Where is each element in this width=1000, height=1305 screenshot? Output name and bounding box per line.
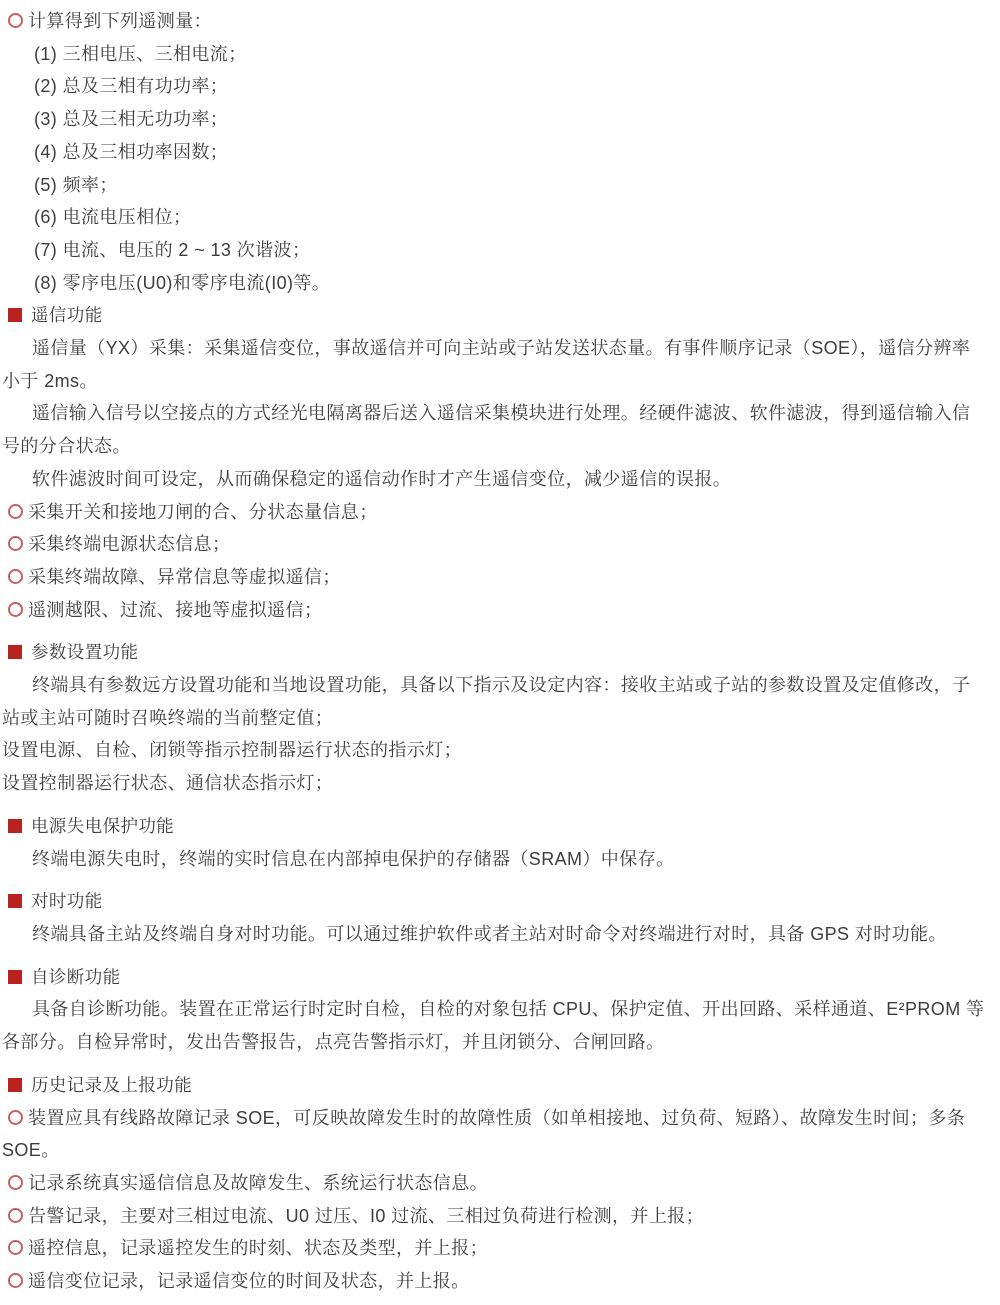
block-text: 终端具有参数远方设置功能和当地设置功能，具备以下指示及设定内容：接收主站或子站的…: [2, 675, 970, 728]
block-text: (1) 三相电压、三相电流；: [34, 44, 247, 64]
section-heading: 历史记录及上报功能: [2, 1069, 988, 1102]
block-text: (8) 零序电压(U0)和零序电流(I0)等。: [34, 273, 330, 293]
numbered-list-item: (5) 频率；: [2, 169, 988, 202]
circle-bullet-item: 告警记录，主要对三相过电流、U0 过压、I0 过流、三相过负荷进行检测，并上报；: [2, 1200, 988, 1233]
section-heading: 参数设置功能: [2, 636, 988, 669]
circle-bullet-icon: [8, 13, 23, 28]
block-text: 参数设置功能: [31, 642, 138, 662]
block-text: 遥信输入信号以空接点的方式经光电隔离器后送入遥信采集模块进行处理。经硬件滤波、软…: [2, 403, 970, 456]
block-text: 记录系统真实遥信信息及故障发生、系统运行状态信息。: [28, 1173, 488, 1193]
block-text: (4) 总及三相功率因数；: [34, 142, 228, 162]
block-text: 装置应具有线路故障记录 SOE，可反映故障发生时的故障性质（如单相接地、过负荷、…: [2, 1108, 965, 1161]
circle-bullet-icon: [8, 504, 23, 519]
block-text: 历史记录及上报功能: [31, 1075, 192, 1095]
circle-bullet-icon: [8, 1240, 23, 1255]
circle-bullet-item: 采集终端故障、异常信息等虚拟遥信；: [2, 561, 988, 594]
circle-bullet-item: 采集终端电源状态信息；: [2, 528, 988, 561]
body-paragraph: 软件滤波时间可设定，从而确保稳定的遥信动作时才产生遥信变位，减少遥信的误报。: [2, 463, 988, 496]
block-text: 终端电源失电时，终端的实时信息在内部掉电保护的存储器（SRAM）中保存。: [32, 849, 674, 869]
block-text: 遥信功能: [31, 305, 103, 325]
numbered-list-item: (7) 电流、电压的 2 ~ 13 次谐波；: [2, 234, 988, 267]
block-text: 遥信量（YX）采集：采集遥信变位，事故遥信并可向主站或子站发送状态量。有事件顺序…: [2, 338, 970, 391]
block-text: (2) 总及三相有功功率；: [34, 76, 228, 96]
circle-bullet-item: 采集开关和接地刀闸的合、分状态量信息；: [2, 496, 988, 529]
body-line: 设置控制器运行状态、通信状态指示灯；: [2, 767, 988, 800]
numbered-list-item: (4) 总及三相功率因数；: [2, 136, 988, 169]
section-heading: 自诊断功能: [2, 961, 988, 994]
block-text: (7) 电流、电压的 2 ~ 13 次谐波；: [34, 240, 310, 260]
block-text: (5) 频率；: [34, 175, 118, 195]
block-text: 自诊断功能: [31, 967, 121, 987]
block-text: 软件滤波时间可设定，从而确保稳定的遥信动作时才产生遥信变位，减少遥信的误报。: [32, 469, 731, 489]
body-paragraph: 遥信输入信号以空接点的方式经光电隔离器后送入遥信采集模块进行处理。经硬件滤波、软…: [2, 397, 988, 462]
block-text: (3) 总及三相无功功率；: [34, 109, 228, 129]
square-bullet-icon: [8, 819, 22, 833]
square-bullet-icon: [8, 645, 22, 659]
square-bullet-icon: [8, 1078, 22, 1092]
circle-bullet-icon: [8, 1175, 23, 1190]
block-text: 对时功能: [31, 891, 103, 911]
block-text: 终端具备主站及终端自身对时功能。可以通过维护软件或者主站对时命令对终端进行对时，…: [32, 924, 947, 944]
numbered-list-item: (8) 零序电压(U0)和零序电流(I0)等。: [2, 267, 988, 300]
body-paragraph: 终端电源失电时，终端的实时信息在内部掉电保护的存储器（SRAM）中保存。: [2, 843, 988, 876]
numbered-list-item: (1) 三相电压、三相电流；: [2, 38, 988, 71]
numbered-list-item: (3) 总及三相无功功率；: [2, 103, 988, 136]
circle-bullet-icon: [8, 569, 23, 584]
body-paragraph: 终端具备主站及终端自身对时功能。可以通过维护软件或者主站对时命令对终端进行对时，…: [2, 918, 988, 951]
numbered-list-item: (6) 电流电压相位；: [2, 201, 988, 234]
square-bullet-icon: [8, 308, 22, 322]
block-text: 告警记录，主要对三相过电流、U0 过压、I0 过流、三相过负荷进行检测，并上报；: [28, 1206, 704, 1226]
block-text: 设置控制器运行状态、通信状态指示灯；: [2, 773, 333, 793]
body-line: 设置电源、自检、闭锁等指示控制器运行状态的指示灯；: [2, 734, 988, 767]
block-text: 计算得到下列遥测量：: [28, 11, 212, 31]
section-heading: 对时功能: [2, 885, 988, 918]
block-text: 电源失电保护功能: [31, 816, 174, 836]
block-text: 遥测越限、过流、接地等虚拟遥信；: [28, 600, 322, 620]
block-text: 采集开关和接地刀闸的合、分状态量信息；: [28, 502, 378, 522]
block-text: 采集终端电源状态信息；: [28, 534, 230, 554]
body-paragraph: 遥信量（YX）采集：采集遥信变位，事故遥信并可向主站或子站发送状态量。有事件顺序…: [2, 332, 988, 397]
block-text: 遥控信息，记录遥控发生的时刻、状态及类型，并上报；: [28, 1238, 488, 1258]
square-bullet-icon: [8, 894, 22, 908]
circle-bullet-item: 记录系统真实遥信信息及故障发生、系统运行状态信息。: [2, 1167, 988, 1200]
circle-bullet-item: 计算得到下列遥测量：: [2, 5, 988, 38]
circle-bullet-item: 遥控信息，记录遥控发生的时刻、状态及类型，并上报；: [2, 1232, 988, 1265]
circle-bullet-icon: [8, 1273, 23, 1288]
circle-bullet-item: 遥测越限、过流、接地等虚拟遥信；: [2, 594, 988, 627]
circle-bullet-icon: [8, 1110, 23, 1125]
block-text: (6) 电流电压相位；: [34, 207, 191, 227]
body-paragraph: 具备自诊断功能。装置在正常运行时定时自检，自检的对象包括 CPU、保护定值、开出…: [2, 993, 988, 1058]
circle-bullet-item: 遥信变位记录，记录遥信变位的时间及状态，并上报。: [2, 1265, 988, 1298]
body-paragraph: 终端具有参数远方设置功能和当地设置功能，具备以下指示及设定内容：接收主站或子站的…: [2, 669, 988, 734]
document-body: 计算得到下列遥测量：(1) 三相电压、三相电流；(2) 总及三相有功功率；(3)…: [0, 0, 1000, 1298]
block-text: 设置电源、自检、闭锁等指示控制器运行状态的指示灯；: [2, 740, 462, 760]
numbered-list-item: (2) 总及三相有功功率；: [2, 70, 988, 103]
section-heading: 电源失电保护功能: [2, 810, 988, 843]
square-bullet-icon: [8, 970, 22, 984]
block-text: 遥信变位记录，记录遥信变位的时间及状态，并上报。: [28, 1271, 470, 1291]
circle-bullet-icon: [8, 602, 23, 617]
section-heading: 遥信功能: [2, 299, 988, 332]
block-text: 具备自诊断功能。装置在正常运行时定时自检，自检的对象包括 CPU、保护定值、开出…: [2, 999, 984, 1052]
block-text: 采集终端故障、异常信息等虚拟遥信；: [28, 567, 341, 587]
circle-bullet-icon: [8, 1208, 23, 1223]
circle-bullet-icon: [8, 536, 23, 551]
circle-bullet-item: 装置应具有线路故障记录 SOE，可反映故障发生时的故障性质（如单相接地、过负荷、…: [2, 1102, 988, 1167]
